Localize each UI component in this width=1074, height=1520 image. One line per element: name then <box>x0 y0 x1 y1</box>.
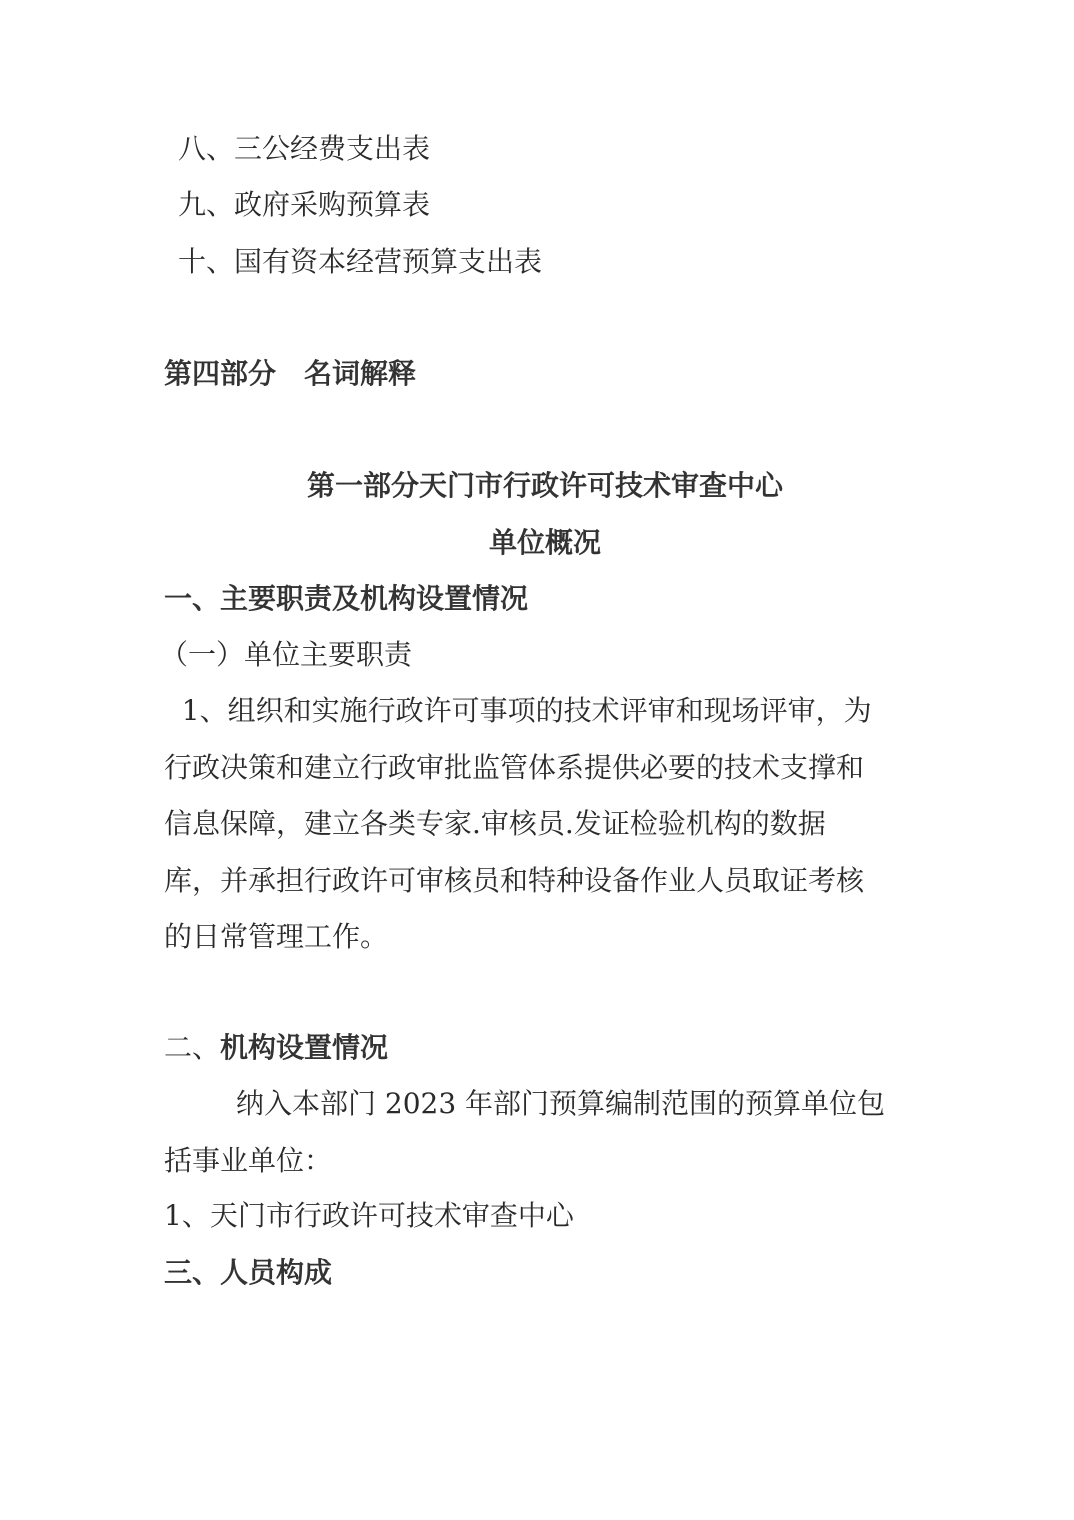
part1-title-line1: 第一部分天门市行政许可技术审查中心 <box>0 469 1074 503</box>
section1-heading: 一、主要职责及机构设置情况 <box>164 582 528 616</box>
part1-title-line2: 单位概况 <box>0 526 1074 560</box>
section2-heading: 二、机构设置情况 <box>164 1031 388 1065</box>
duties-line-3: 信息保障，建立各类专家.审核员.发证检验机构的数据 <box>164 796 904 853</box>
duties-line-1: 1、组织和实施行政许可事项的技术评审和现场评审，为 <box>164 683 904 740</box>
subsection1-heading: （一）单位主要职责 <box>160 638 412 672</box>
duties-line-2: 行政决策和建立行政审批监管体系提供必要的技术支撑和 <box>164 740 904 797</box>
part4-heading: 第四部分 名词解释 <box>164 357 416 391</box>
duties-paragraph: 1、组织和实施行政许可事项的技术评审和现场评审，为 行政决策和建立行政审批监管体… <box>164 683 904 966</box>
duties-line-5: 的日常管理工作。 <box>164 909 904 966</box>
section2-paragraph: 纳入本部门 2023 年部门预算编制范围的预算单位包 括事业单位： <box>164 1076 904 1189</box>
section2-line-1: 纳入本部门 2023 年部门预算编制范围的预算单位包 <box>164 1076 904 1133</box>
duties-line-4: 库，并承担行政许可审核员和特种设备作业人员取证考核 <box>164 853 904 910</box>
section2-heading-text: 机构设置情况 <box>220 1031 388 1064</box>
toc-item-9: 九、政府采购预算表 <box>178 188 430 222</box>
unit-list-item-1: 1、天门市行政许可技术审查中心 <box>164 1199 574 1233</box>
section2-line-2: 括事业单位： <box>164 1133 904 1190</box>
section3-heading: 三、人员构成 <box>164 1256 332 1290</box>
toc-item-10: 十、国有资本经营预算支出表 <box>178 245 542 279</box>
toc-item-8: 八、三公经费支出表 <box>178 132 430 166</box>
section2-heading-prefix: 二、 <box>164 1031 220 1064</box>
